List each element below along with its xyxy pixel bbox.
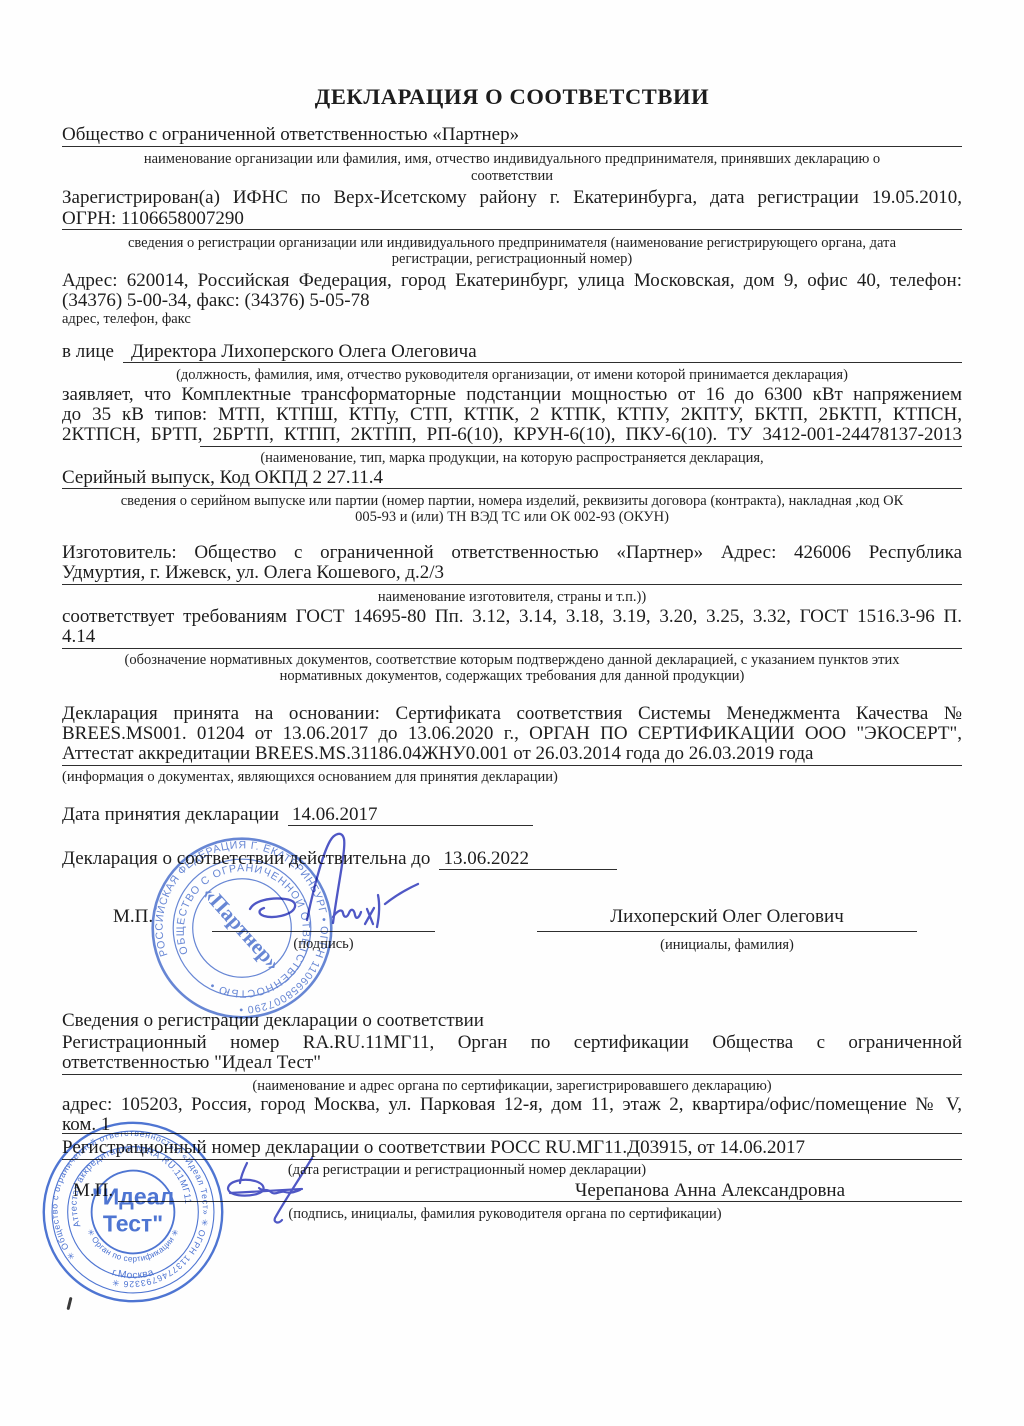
- underline: [62, 146, 962, 147]
- underline: [200, 446, 962, 447]
- cert-body-caption: (наименование и адрес органа по сертифик…: [62, 1078, 962, 1094]
- requirements-line: 4.14: [62, 626, 962, 647]
- registration-caption: регистрации, регистрационный номер): [62, 251, 962, 267]
- basis-line: BREES.MS001. 01204 от 13.06.2017 до 13.0…: [62, 723, 962, 744]
- requirements-caption: (обозначение нормативных документов, соо…: [62, 652, 962, 668]
- stamp-center-text: "Идеал: [92, 1184, 174, 1210]
- registration-caption: сведения о регистрации организации или и…: [62, 235, 962, 251]
- underline: [62, 488, 962, 489]
- declarant-name-caption: соответствии: [62, 168, 962, 184]
- stamp-place-label: М.П.: [113, 906, 153, 928]
- org-head-name: Черепанова Анна Александровна: [540, 1180, 880, 1201]
- declarant-address: Адрес: 620014, Российская Федерация, гор…: [62, 270, 962, 291]
- cert-body-line: ответственностью "Идеал Тест": [62, 1052, 962, 1073]
- ideal-test-round-stamp: ✳ Общество с ограниченной ответственност…: [41, 1120, 225, 1304]
- cert-body-line: Регистрационный номер RA.RU.11МГ11, Орга…: [62, 1032, 962, 1053]
- declarant-address: (34376) 5-00-34, факс: (34376) 5-05-78: [62, 290, 962, 311]
- stamp-city-text: г.Москва: [111, 1267, 156, 1281]
- underline: [62, 584, 962, 585]
- serial-caption: 005-93 и (или) ТН ВЭД ТС или ОК 002-93 (…: [62, 509, 962, 525]
- cert-address-line: адрес: 105203, Россия, город Москва, ул.…: [62, 1094, 962, 1115]
- manufacturer-line: Удмуртия, г. Ижевск, ул. Олега Кошевого,…: [62, 562, 962, 583]
- basis-caption: (информация о документах, являющихся осн…: [62, 769, 962, 785]
- adoption-date-row: Дата принятия декларации 14.06.2017: [62, 804, 962, 826]
- product-statement: заявляет, что Комплектные трансформаторн…: [62, 384, 962, 405]
- underline: [62, 1074, 962, 1075]
- page-title: ДЕКЛАРАЦИЯ О СООТВЕТСТВИИ: [0, 84, 1024, 110]
- product-statement: 2КТПСН, БРТП, 2БРТП, КТПП, 2КТПП, РП-6(1…: [62, 424, 962, 445]
- requirements-line: соответствует требованиям ГОСТ 14695-80 …: [62, 606, 962, 627]
- adoption-date-value: 14.06.2017: [288, 804, 533, 826]
- declarant-name-caption: наименование организации или фамилия, им…: [62, 151, 962, 167]
- registration-line: ОГРН: 1106658007290: [62, 208, 962, 229]
- declarant-head-row: в лице Директора Лихоперского Олега Олег…: [62, 341, 962, 363]
- org-signature-scribble: [215, 1150, 325, 1230]
- head-signature-scribble: [230, 825, 425, 940]
- requirements-caption: нормативных документов, содержащих требо…: [62, 668, 962, 684]
- product-statement: до 35 кВ типов: МТП, КТПШ, КТПу, СТП, КТ…: [62, 404, 962, 425]
- head-signatory-caption: (инициалы, фамилия): [537, 937, 917, 953]
- basis-line: Декларация принята на основании: Сертифи…: [62, 703, 962, 724]
- head-prefix: в лице: [62, 341, 114, 363]
- underline: [62, 765, 962, 766]
- valid-until-value: 13.06.2022: [439, 848, 617, 870]
- head-name: Директора Лихоперского Олега Олеговича: [123, 341, 962, 363]
- declarant-name: Общество с ограниченной ответственностью…: [62, 124, 962, 145]
- product-caption: (наименование, тип, марка продукции, на …: [62, 450, 962, 466]
- address-caption: адрес, телефон, факс: [62, 311, 962, 327]
- underline: [62, 648, 962, 649]
- manufacturer-caption: наименование изготовителя, страны и т.п.…: [62, 589, 962, 605]
- serial-caption: сведения о серийном выпуске или партии (…: [62, 493, 962, 509]
- svg-text:г.Москва: г.Москва: [111, 1267, 156, 1281]
- adoption-date-label: Дата принятия декларации: [62, 804, 279, 826]
- stamp-center-text: Тест": [103, 1210, 163, 1236]
- manufacturer-line: Изготовитель: Общество с ограниченной от…: [62, 542, 962, 563]
- underline: [62, 229, 962, 230]
- declaration-document: ДЕКЛАРАЦИЯ О СООТВЕТСТВИИ Общество с огр…: [0, 0, 1024, 1426]
- registration-line: Зарегистрирован(а) ИФНС по Верх-Исетском…: [62, 187, 962, 208]
- head-caption: (должность, фамилия, имя, отчество руков…: [62, 367, 962, 383]
- head-signatory-name: Лихоперский Олег Олегович: [537, 906, 917, 932]
- serial-line: Серийный выпуск, Код ОКПД 2 27.11.4: [62, 467, 962, 488]
- basis-line: Аттестат аккредитации BREES.MS.31186.04Ж…: [62, 743, 962, 764]
